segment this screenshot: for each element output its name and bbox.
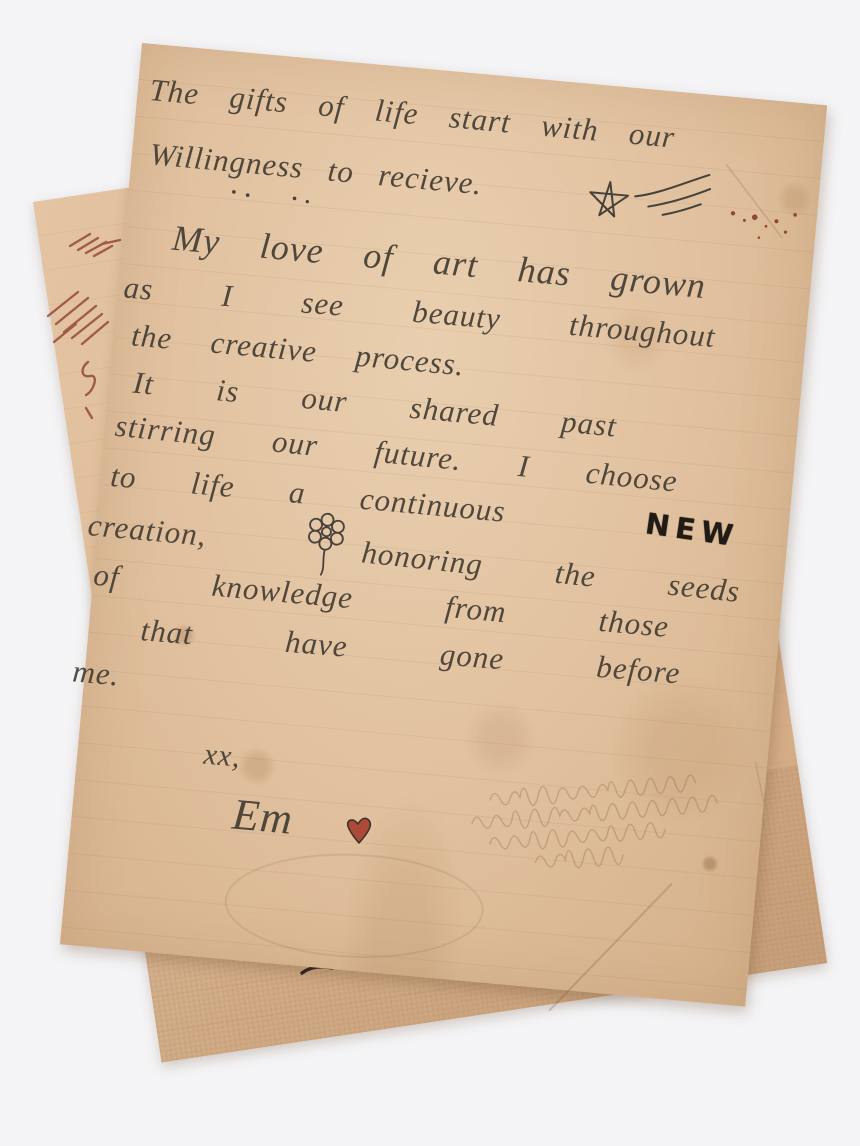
crease-lines [60,43,827,1007]
rust-speckles [721,193,807,270]
letter-photo: The gifts of life start with our Willing… [0,0,860,1146]
top-paper-sheet: The gifts of life start with our Willing… [60,43,827,1007]
